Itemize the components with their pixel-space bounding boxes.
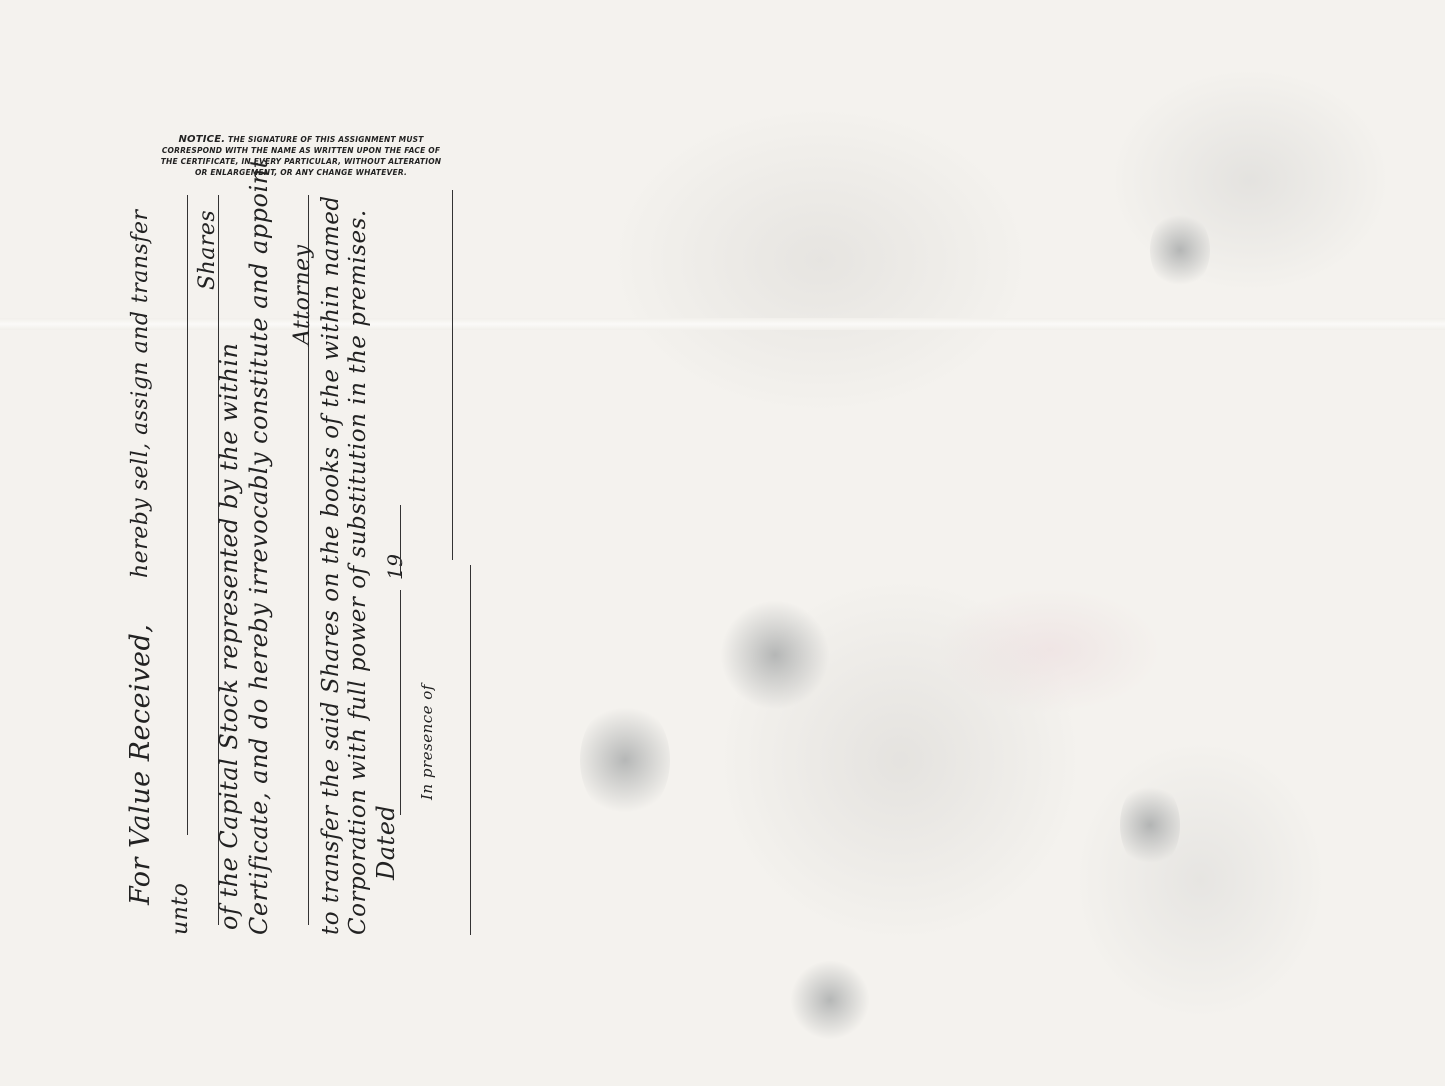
dated-label: Dated	[372, 805, 400, 880]
bleed-through-spot	[580, 700, 670, 820]
signature-line[interactable]	[452, 190, 453, 560]
bleed-through-spot	[720, 600, 830, 710]
sell-assign-transfer: hereby sell, assign and transfer	[128, 209, 153, 578]
corporation-line: Corporation with full power of substitut…	[345, 209, 371, 935]
bleed-through-spot	[790, 960, 870, 1040]
shares-label: Shares	[195, 210, 220, 290]
paper-fold	[0, 318, 1445, 330]
bleed-through-spot	[1120, 780, 1180, 870]
notice-heading: NOTICE.	[178, 134, 225, 145]
witness-line[interactable]	[470, 565, 471, 935]
unto-label: unto	[168, 883, 193, 935]
assignment-notice: NOTICE. THE SIGNATURE OF THIS ASSIGNMENT…	[156, 134, 446, 178]
date-line[interactable]	[400, 590, 401, 815]
for-value-received: For Value Received,	[125, 624, 156, 905]
year-prefix: 19	[383, 554, 407, 580]
certificate-appoint-line: Certificate, and do hereby irrevocably c…	[245, 158, 273, 935]
transfer-line: to transfer the said Shares on the books…	[318, 195, 344, 935]
unto-line	[187, 195, 188, 835]
year-line[interactable]	[400, 505, 401, 575]
capital-stock-line: of the Capital Stock represented by the …	[215, 343, 243, 930]
bleed-through-spot	[1150, 210, 1210, 290]
attorney-label: Attorney	[290, 244, 315, 345]
witness-label: In presence of	[418, 684, 436, 800]
